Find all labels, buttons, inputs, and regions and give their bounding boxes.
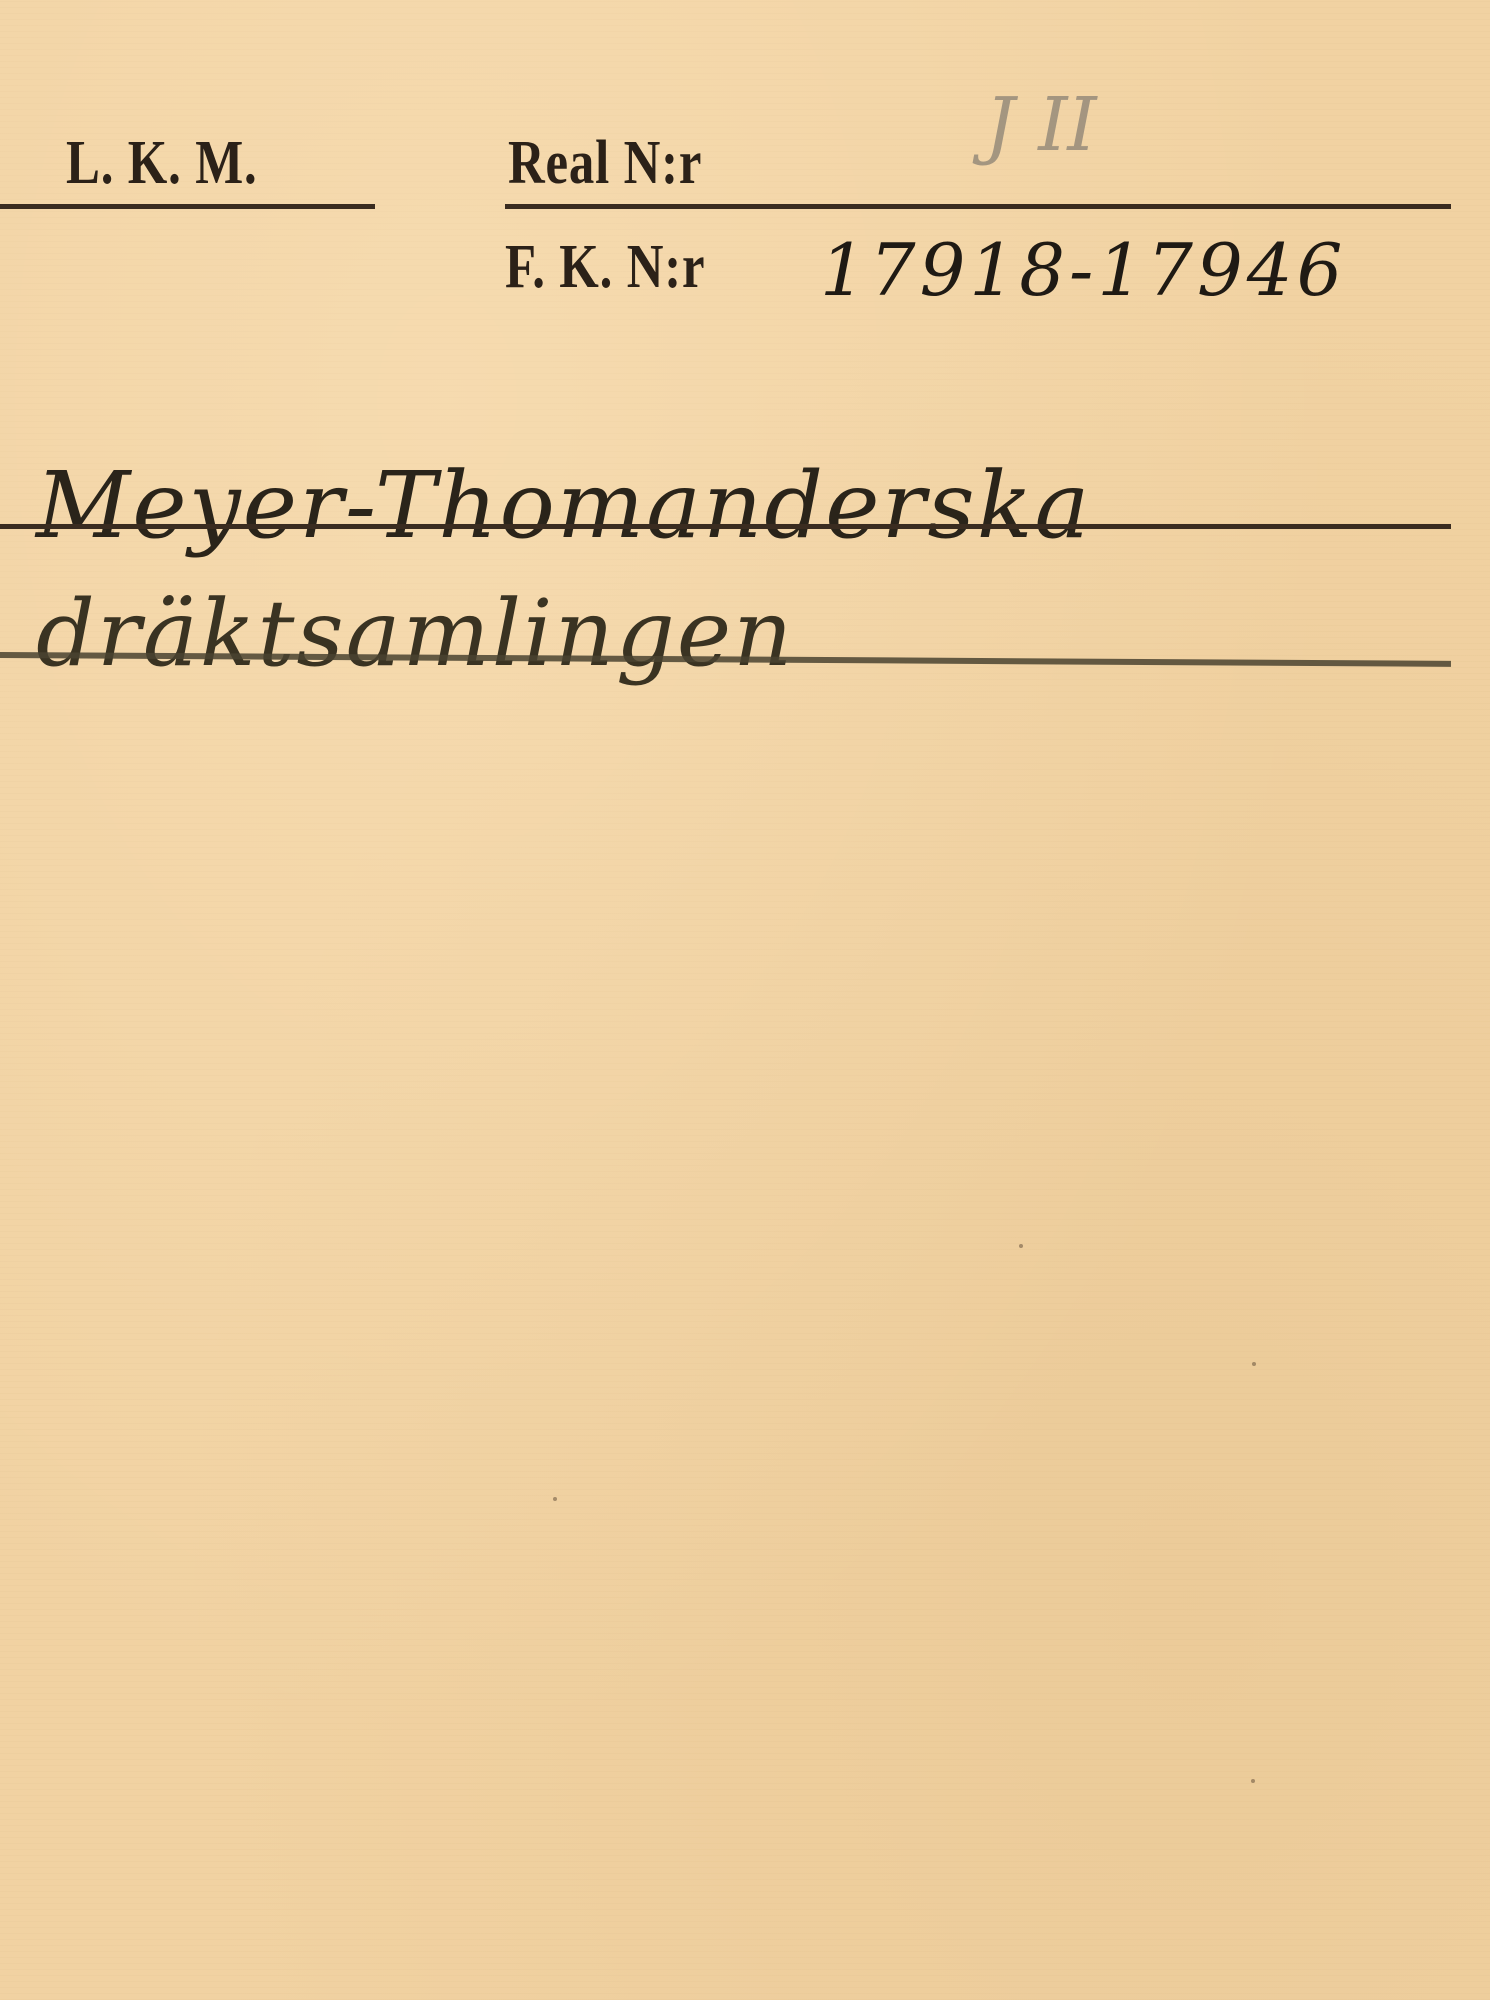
- real-number-label: Real N:r: [508, 128, 702, 199]
- index-card: L. K. M. Real N:r J II F. K. N:r 17918-1…: [0, 0, 1490, 2000]
- institution-label: L. K. M.: [66, 128, 258, 199]
- paper-speck: [553, 1497, 557, 1501]
- collection-name-line-1: Meyer-Thomanderska: [36, 452, 1091, 559]
- collection-name-line-2: dräktsamlingen: [36, 580, 794, 687]
- real-number-underline: [505, 204, 1451, 209]
- paper-speck: [1252, 1362, 1256, 1366]
- fk-number-value: 17918-17946: [820, 228, 1346, 312]
- fk-number-label: F. K. N:r: [505, 232, 705, 303]
- paper-speck: [1251, 1779, 1255, 1783]
- institution-underline: [0, 204, 375, 209]
- paper-speck: [1019, 1244, 1023, 1248]
- real-number-pencil-value: J II: [985, 82, 1097, 168]
- title-underline-1: [0, 524, 1451, 529]
